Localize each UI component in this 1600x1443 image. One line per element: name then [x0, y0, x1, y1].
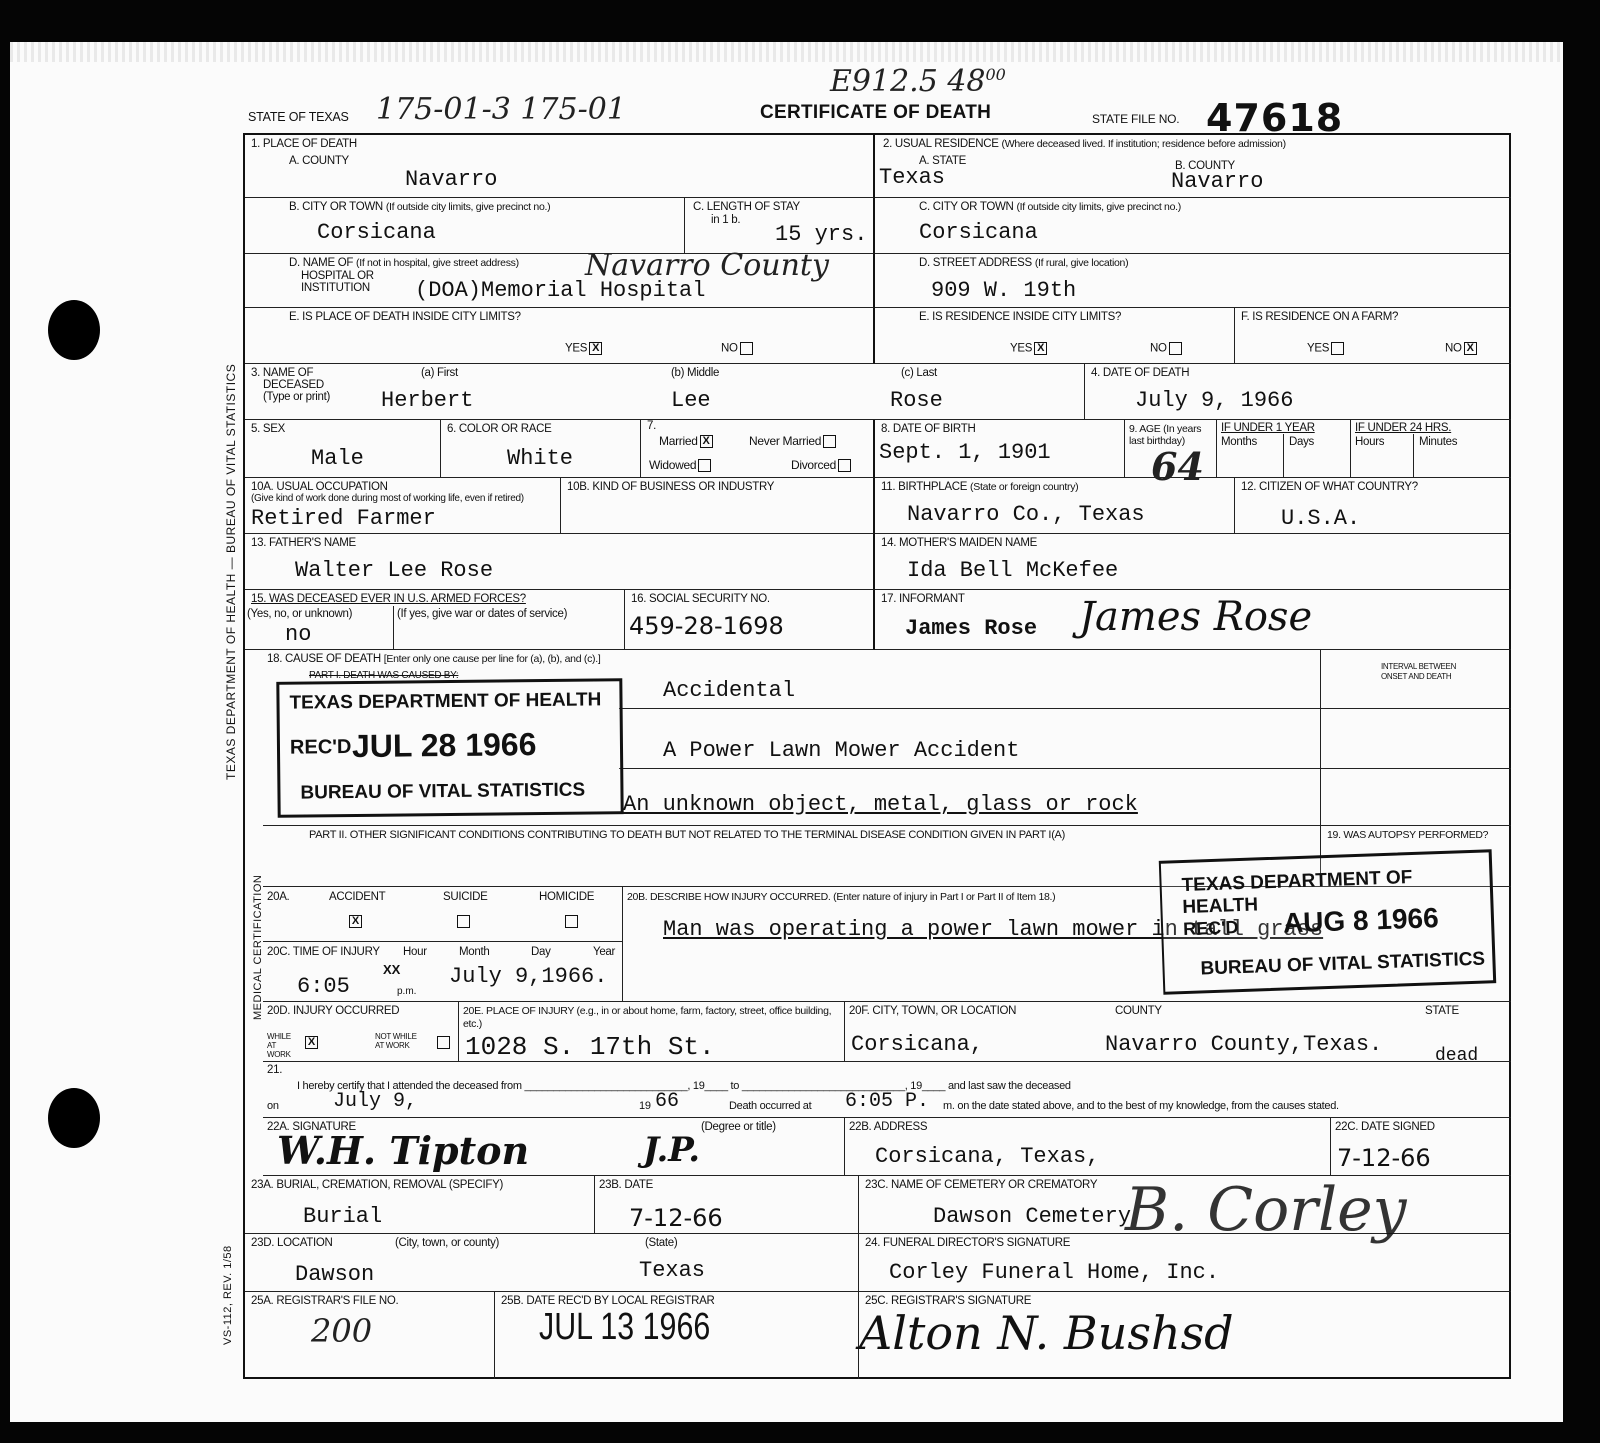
field-date-signed: 22c. DATE SIGNED 7-12-66: [1331, 1118, 1511, 1176]
field-date-of-death: 4. DATE OF DEATH July 9, 1966: [1085, 364, 1511, 420]
am-pm-mark: XX: [383, 962, 400, 977]
handwritten-top-note: E912.5 4800: [830, 64, 1006, 99]
field-label: Year: [593, 946, 615, 958]
injury-date-value: July 9,1966.: [449, 964, 607, 989]
paper-edge: [10, 42, 1563, 62]
field-label: 19: [639, 1100, 651, 1112]
field-residence-state-county: 2. USUAL RESIDENCE (Where deceased lived…: [875, 135, 1511, 198]
state-file-label: STATE FILE NO.: [1092, 112, 1179, 126]
field-label: Death occurred at: [729, 1100, 811, 1112]
divorced-checkbox[interactable]: Divorced: [791, 458, 851, 472]
burial-type-value: Burial: [303, 1204, 382, 1229]
field-label: 13. FATHER'S NAME: [251, 537, 356, 549]
informant-value: James Rose: [905, 616, 1037, 641]
field-label: 23a. BURIAL, CREMATION, REMOVAL (Specify…: [251, 1179, 503, 1191]
field-certifier-address: 22b. ADDRESS Corsicana, Texas,: [845, 1118, 1331, 1176]
accident-checkbox[interactable]: X: [349, 915, 362, 928]
yes-checkbox[interactable]: YESX: [1010, 342, 1047, 355]
field-label: a. COUNTY: [289, 155, 349, 167]
section-label: 2. USUAL RESIDENCE (Where deceased lived…: [883, 138, 1286, 150]
field-label: 15. WAS DECEASED EVER IN U.S. ARMED FORC…: [251, 593, 526, 605]
field-label: DECEASED: [263, 379, 324, 391]
field-label: 10b. KIND OF BUSINESS OR INDUSTRY: [567, 481, 774, 493]
field-label: c. LENGTH OF STAY: [693, 201, 800, 213]
field-sex: 5. SEX Male: [245, 420, 441, 478]
registrar-file-no-value: 200: [311, 1312, 372, 1350]
field-label: d. NAME OF (If not in hospital, give str…: [289, 257, 519, 269]
cause-a-value: Accidental: [663, 678, 795, 703]
field-label: e. IS PLACE OF DEATH INSIDE CITY LIMITS?: [289, 311, 521, 323]
am-pm-label: p.m.: [397, 986, 416, 997]
attended-year-value: 66: [655, 1090, 679, 1113]
received-stamp-jul: TEXAS DEPARTMENT OF HEALTH REC'D JUL 28 …: [276, 678, 623, 818]
field-place-of-injury: 20e. PLACE OF INJURY (e.g., in or about …: [459, 1002, 845, 1062]
field-label: (State): [645, 1237, 677, 1249]
field-label: e. IS RESIDENCE INSIDE CITY LIMITS?: [919, 311, 1121, 323]
field-label: 22b. ADDRESS: [849, 1121, 927, 1133]
department-side-label: TEXAS DEPARTMENT OF HEALTH — BUREAU OF V…: [224, 364, 238, 780]
field-label: IF UNDER 1 YEAR: [1221, 422, 1315, 434]
field-burial-location: 23d. LOCATION (City, town, or county) (S…: [245, 1234, 859, 1292]
field-father-name: 13. FATHER'S NAME Walter Lee Rose: [245, 534, 875, 590]
widowed-checkbox[interactable]: Widowed: [649, 458, 711, 472]
date-of-birth-value: Sept. 1, 1901: [879, 440, 1051, 465]
homicide-checkbox[interactable]: [565, 915, 578, 928]
field-label: 17. INFORMANT: [881, 593, 965, 605]
not-at-work-checkbox[interactable]: [437, 1036, 450, 1049]
field-label: 16. SOCIAL SECURITY NO.: [631, 593, 770, 605]
field-injury-at-work: 20d. INJURY OCCURRED WHILE AT WORK X NOT…: [263, 1002, 459, 1062]
funeral-director-signature: B. Corley: [1125, 1175, 1407, 1245]
place-of-injury-value: 1028 S. 17th St.: [465, 1032, 715, 1062]
no-checkbox[interactable]: NO: [721, 342, 753, 355]
field-label: 3. NAME OF: [251, 367, 313, 379]
no-checkbox[interactable]: NO: [1150, 342, 1182, 355]
field-label: Minutes: [1419, 436, 1457, 448]
field-label: 24. FUNERAL DIRECTOR'S SIGNATURE: [865, 1237, 1070, 1249]
field-label: Days: [1289, 436, 1314, 448]
residence-state-value: Texas: [879, 165, 945, 190]
field-informant: 17. INFORMANT James Rose James Rose: [875, 590, 1511, 650]
field-label: (Type or print): [263, 391, 330, 403]
ssn-value: 459-28-1698: [629, 612, 784, 640]
occupation-value: Retired Farmer: [251, 506, 436, 531]
armed-forces-value: no: [285, 622, 311, 647]
hospital-value: (DOA)Memorial Hospital: [415, 278, 705, 303]
burial-state-value: Texas: [639, 1258, 705, 1283]
field-label: 7.: [647, 420, 656, 432]
field-label: 14. MOTHER'S MAIDEN NAME: [881, 537, 1037, 549]
residence-county-value: Navarro: [1171, 169, 1263, 194]
injury-city-value: Corsicana,: [851, 1032, 983, 1057]
document-title: CERTIFICATE OF DEATH: [760, 102, 991, 124]
field-label: Months: [1221, 436, 1257, 448]
date-signed-value: 7-12-66: [1337, 1144, 1431, 1172]
field-label: IF UNDER 24 HRS.: [1355, 422, 1451, 434]
field-label: Hour: [403, 946, 427, 958]
field-birthplace: 11. BIRTHPLACE (State or foreign country…: [875, 478, 1235, 534]
field-certification: 21. I hereby certify that I attended the…: [263, 1062, 1511, 1118]
field-age: 9. AGE (In years last birthday) 64: [1125, 420, 1217, 478]
field-certifier-signature: 22a. SIGNATURE W.H. Tipton (Degree or ti…: [263, 1118, 845, 1176]
field-label: c. CITY OR TOWN (If outside city limits,…: [919, 201, 1181, 213]
married-checkbox[interactable]: MarriedX: [659, 434, 713, 448]
injury-county-state-value: Navarro County,Texas.: [1105, 1032, 1382, 1057]
length-of-stay-value: 15 yrs.: [775, 222, 867, 247]
field-label: (a) First: [421, 367, 458, 379]
field-label: INTERVAL BETWEEN ONSET AND DEATH: [1381, 662, 1471, 682]
field-registrar-file-no: 25a. REGISTRAR'S FILE NO. 200: [245, 1292, 495, 1379]
field-label: 20c. TIME OF INJURY: [267, 946, 380, 958]
field-label: Month: [459, 946, 489, 958]
field-label: NOT WHILE AT WORK: [375, 1032, 425, 1050]
field-death-city: b. CITY OR TOWN (If outside city limits,…: [245, 198, 685, 254]
field-burial-date: 23b. DATE 7-12-66: [595, 1176, 859, 1234]
residence-street-value: 909 W. 19th: [931, 278, 1076, 303]
field-label: on: [267, 1100, 279, 1112]
field-label: Day: [531, 946, 551, 958]
while-at-work-checkbox[interactable]: X: [305, 1036, 318, 1049]
burial-location-value: Dawson: [295, 1262, 374, 1287]
cemetery-value: Dawson Cemetery: [933, 1204, 1131, 1229]
field-registrar-date: 25b. DATE REC'D BY LOCAL REGISTRAR JUL 1…: [495, 1292, 859, 1379]
field-label: INSTITUTION: [301, 282, 370, 294]
cause-b-value: A Power Lawn Mower Accident: [663, 738, 1019, 763]
punch-hole: [48, 300, 100, 360]
field-label: SUICIDE: [443, 891, 488, 903]
field-label: ACCIDENT: [329, 891, 385, 903]
certifier-signature: W.H. Tipton: [277, 1128, 529, 1173]
field-length-of-stay: c. LENGTH OF STAY in 1 b. 15 yrs.: [685, 198, 875, 254]
field-residence-farm: f. IS RESIDENCE ON A FARM? YES NOX: [1235, 308, 1511, 364]
father-name-value: Walter Lee Rose: [295, 558, 493, 583]
field-label: 20e. PLACE OF INJURY (e.g., in or about …: [463, 1005, 843, 1031]
field-occupation: 10a. USUAL OCCUPATION (Give kind of work…: [245, 478, 561, 534]
field-label: 20a.: [267, 891, 289, 903]
field-under-1-year: IF UNDER 1 YEAR Months Days: [1217, 420, 1351, 478]
middle-name-value: Lee: [671, 388, 711, 413]
field-label: 23d. LOCATION: [251, 1237, 333, 1249]
death-city-value: Corsicana: [317, 220, 436, 245]
field-registrar-signature: 25c. REGISTRAR'S SIGNATURE Alton N. Bush…: [859, 1292, 1511, 1379]
field-hint: (Give kind of work done during most of w…: [251, 493, 551, 504]
field-citizenship: 12. CITIZEN OF WHAT COUNTRY? U.S.A.: [1235, 478, 1511, 534]
section-label: 1. PLACE OF DEATH: [251, 138, 357, 150]
received-stamp-aug: TEXAS DEPARTMENT OF HEALTH REC'D AUG 8 1…: [1159, 849, 1496, 995]
field-label: 8. DATE OF BIRTH: [881, 423, 975, 435]
field-label: 21.: [267, 1064, 282, 1076]
field-label: f. IS RESIDENCE ON A FARM?: [1241, 311, 1398, 323]
field-under-24-hours: IF UNDER 24 HRS. Hours Minutes: [1351, 420, 1511, 478]
death-county-value: Navarro: [405, 167, 497, 192]
field-sublabel: in 1 b.: [711, 214, 740, 226]
field-label: 6. COLOR OR RACE: [447, 423, 551, 435]
field-label: (b) Middle: [671, 367, 719, 379]
field-label: (c) Last: [901, 367, 937, 379]
certifier-title: J.P.: [643, 1130, 700, 1170]
field-label: 12. CITIZEN OF WHAT COUNTRY?: [1241, 481, 1418, 493]
field-label: 20d. INJURY OCCURRED: [267, 1005, 399, 1017]
field-death-county: 1. PLACE OF DEATH a. COUNTY Navarro: [245, 135, 875, 198]
field-hint: (Yes, no, or unknown): [247, 608, 352, 620]
sex-value: Male: [311, 446, 364, 471]
field-label: HOMICIDE: [539, 891, 594, 903]
field-label: 23b. DATE: [599, 1179, 653, 1191]
burial-date-value: 7-12-66: [629, 1204, 723, 1232]
field-label: d. STREET ADDRESS (If rural, give locati…: [919, 257, 1128, 269]
residence-city-value: Corsicana: [919, 220, 1038, 245]
birthplace-value: Navarro Co., Texas: [907, 502, 1145, 527]
registrar-date-value: JUL 13 1966: [539, 1306, 710, 1349]
field-hint: (If yes, give war or dates of service): [397, 608, 567, 620]
field-race: 6. COLOR OR RACE White: [441, 420, 641, 478]
field-death-inside-city: e. IS PLACE OF DEATH INSIDE CITY LIMITS?…: [245, 308, 875, 364]
registrar-signature: Alton N. Bushsd: [859, 1306, 1234, 1360]
field-label: COUNTY: [1115, 1005, 1162, 1017]
certifier-address-value: Corsicana, Texas,: [875, 1144, 1099, 1169]
field-label: 22c. DATE SIGNED: [1335, 1121, 1435, 1133]
never-married-checkbox[interactable]: Never Married: [749, 434, 836, 448]
field-label: STATE: [1425, 1005, 1459, 1017]
injury-time-value: 6:05: [297, 974, 350, 999]
field-date-of-birth: 8. DATE OF BIRTH Sept. 1, 1901: [875, 420, 1125, 478]
field-label: b. CITY OR TOWN (If outside city limits,…: [289, 201, 550, 213]
handwritten-codes: 175-01-3 175-01: [376, 92, 626, 127]
field-injury-location: 20f. CITY, TOWN, OR LOCATION COUNTY STAT…: [845, 1002, 1511, 1062]
field-marital-status: 7. MarriedX Never Married Widowed Divorc…: [641, 420, 875, 478]
field-deceased-name: 3. NAME OF DECEASED (Type or print) (a) …: [245, 364, 1085, 420]
field-manner: 20a. ACCIDENT SUICIDE HOMICIDE X: [263, 886, 623, 942]
punch-hole: [48, 1088, 100, 1148]
field-label: PART II. OTHER SIGNIFICANT CONDITIONS CO…: [309, 829, 1065, 841]
citizenship-value: U.S.A.: [1281, 506, 1360, 531]
field-label: HOSPITAL OR: [301, 270, 374, 282]
funeral-home-value: Corley Funeral Home, Inc.: [889, 1260, 1219, 1285]
field-armed-forces: 15. WAS DECEASED EVER IN U.S. ARMED FORC…: [245, 590, 625, 650]
field-industry: 10b. KIND OF BUSINESS OR INDUSTRY: [561, 478, 875, 534]
date-of-death-value: July 9, 1966: [1135, 388, 1293, 413]
cause-c-value: An unknown object, metal, glass or rock: [623, 792, 1138, 817]
field-label: (Degree or title): [701, 1121, 776, 1133]
no-checkbox[interactable]: NOX: [1445, 342, 1477, 355]
attended-date-value: July 9,: [333, 1090, 417, 1113]
field-interval: INTERVAL BETWEEN ONSET AND DEATH: [1321, 650, 1511, 826]
race-value: White: [507, 446, 573, 471]
field-label: 20f. CITY, TOWN, OR LOCATION: [849, 1005, 1016, 1017]
field-label: 23c. NAME OF CEMETERY OR CREMATORY: [865, 1179, 1097, 1191]
field-label: 11. BIRTHPLACE (State or foreign country…: [881, 481, 1078, 493]
field-residence-city: c. CITY OR TOWN (If outside city limits,…: [875, 198, 1511, 254]
field-label: 25a. REGISTRAR'S FILE NO.: [251, 1295, 398, 1307]
field-label: 4. DATE OF DEATH: [1091, 367, 1189, 379]
first-name-value: Herbert: [381, 388, 473, 413]
certification-text: m. on the date stated above, and to the …: [943, 1100, 1339, 1112]
field-label: (City, town, or county): [395, 1237, 499, 1249]
suicide-checkbox[interactable]: [457, 915, 470, 928]
field-label: 18. CAUSE OF DEATH [Enter only one cause…: [267, 653, 600, 665]
certificate-form: 1. PLACE OF DEATH a. COUNTY Navarro b. C…: [243, 133, 1511, 1379]
form-revision-label: VS-112, REV. 1/58: [222, 1245, 234, 1345]
field-label: 5. SEX: [251, 423, 285, 435]
last-name-value: Rose: [890, 388, 943, 413]
informant-signature: James Rose: [1079, 594, 1312, 640]
field-residence-street: d. STREET ADDRESS (If rural, give locati…: [875, 254, 1511, 308]
state-label: STATE OF TEXAS: [248, 110, 349, 124]
field-label: WHILE AT WORK: [267, 1032, 297, 1059]
death-time-value: 6:05 P.: [845, 1090, 929, 1113]
field-label: 20b. DESCRIBE HOW INJURY OCCURRED. (Ente…: [627, 891, 1055, 903]
mother-name-value: Ida Bell McKefee: [907, 558, 1118, 583]
field-ssn: 16. SOCIAL SECURITY NO. 459-28-1698: [625, 590, 875, 650]
field-label: 19. WAS AUTOPSY PERFORMED?: [1327, 829, 1488, 841]
field-residence-inside-city: e. IS RESIDENCE INSIDE CITY LIMITS? YESX…: [875, 308, 1235, 364]
field-hospital: d. NAME OF (If not in hospital, give str…: [245, 254, 875, 308]
yes-checkbox[interactable]: YESX: [565, 342, 602, 355]
field-label: 10a. USUAL OCCUPATION: [251, 481, 388, 493]
field-label: Hours: [1355, 436, 1384, 448]
field-time-of-injury: 20c. TIME OF INJURY Hour Month Day Year …: [263, 942, 623, 1002]
yes-checkbox[interactable]: YES: [1307, 342, 1344, 355]
field-burial-type: 23a. BURIAL, CREMATION, REMOVAL (Specify…: [245, 1176, 595, 1234]
field-mother-name: 14. MOTHER'S MAIDEN NAME Ida Bell McKefe…: [875, 534, 1511, 590]
